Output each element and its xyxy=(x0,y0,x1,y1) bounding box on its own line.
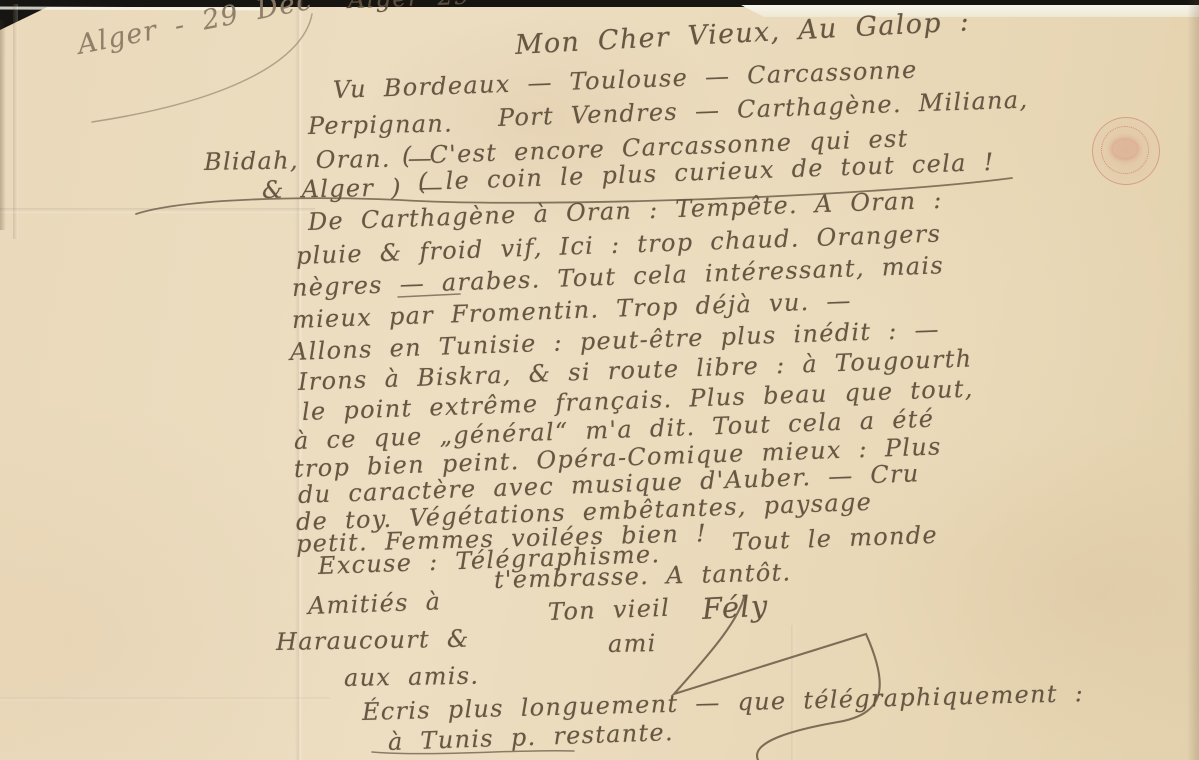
horizontal-fold-crease xyxy=(0,208,315,213)
letter-scan: Alger - 29 Déc — Alger 29 Mon Cher Vieux… xyxy=(0,0,1199,760)
salutation: Mon Cher Vieux, Au Galop : xyxy=(514,6,971,61)
left-fold-crease xyxy=(13,4,18,239)
red-collection-stamp xyxy=(1092,117,1160,185)
letter-line: & Alger ) — xyxy=(262,173,444,204)
letter-line: Perpignan. xyxy=(308,109,453,140)
left-edge-shadow xyxy=(0,20,6,230)
letter-line: Blidah, Oran. — xyxy=(204,144,434,176)
letter-line: Tout le monde xyxy=(732,521,939,556)
closing-line: ami xyxy=(608,629,657,658)
signature: Fély xyxy=(701,589,769,626)
closing-line: Ton vieil xyxy=(548,594,671,626)
top-edge-cut-line: Alger 29 xyxy=(348,0,472,14)
right-edge-shadow xyxy=(1187,0,1199,760)
stamp-center-mark xyxy=(1113,140,1137,158)
closing-line: aux amis. xyxy=(344,662,480,692)
bottom-fold-crease xyxy=(0,697,330,701)
closing-line: Haraucourt & xyxy=(276,625,470,656)
closing-line: Amitiés à xyxy=(308,587,442,620)
